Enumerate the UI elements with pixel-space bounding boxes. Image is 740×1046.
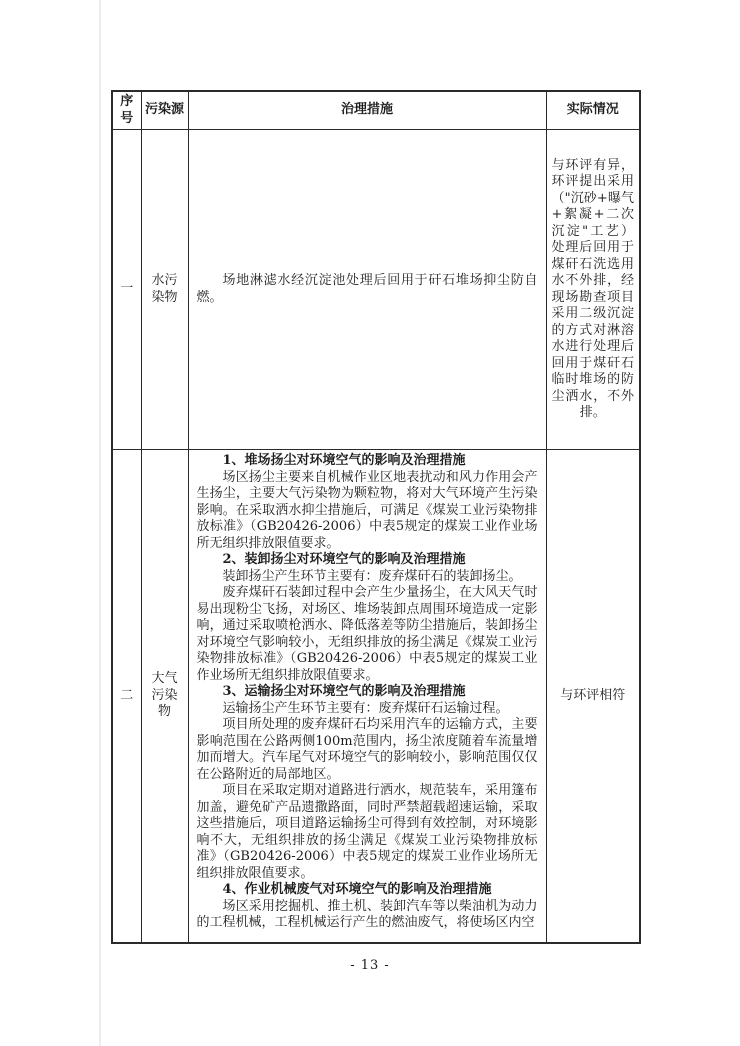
actual-situation-cell: 与环评有异，环评提出采用（"沉砂+曝气+絮凝+二次沉淀"工艺）处理后回用于煤矸石…: [546, 130, 640, 450]
column-header-serial-number: 序号: [112, 91, 141, 130]
treatment-measures-cell: 1、堆场扬尘对环境空气的影响及治理措施场区扬尘主要来自机械作业区地表扰动和风力作…: [188, 450, 546, 943]
measure-paragraph: 3、运输扬尘对环境空气的影响及治理措施: [197, 684, 538, 701]
row-index-cell: 二: [112, 450, 141, 943]
treatment-measures-cell: 场地淋滤水经沉淀池处理后回用于矸石堆场抑尘防自燃。: [188, 130, 546, 450]
header-row: 序号 污染源 治理措施 实际情况: [112, 91, 640, 130]
table-row-air-pollutants: 二 大气污染物 1、堆场扬尘对环境空气的影响及治理措施场区扬尘主要来自机械作业区…: [112, 450, 640, 943]
measure-paragraph: 场地淋滤水经沉淀池处理后回用于矸石堆场抑尘防自燃。: [197, 273, 538, 306]
column-header-pollution-source: 污染源: [141, 91, 188, 130]
row-index-cell: 一: [112, 130, 141, 450]
pollution-source-cell: 大气污染物: [141, 450, 188, 943]
scan-edge-artifact: [99, 0, 101, 1046]
table-row-water-pollutants: 一 水污染物 场地淋滤水经沉淀池处理后回用于矸石堆场抑尘防自燃。 与环评有异，环…: [112, 130, 640, 450]
measures-paragraphs: 场地淋滤水经沉淀池处理后回用于矸石堆场抑尘防自燃。: [197, 273, 538, 306]
measure-paragraph: 4、作业机械废气对环境空气的影响及治理措施: [197, 882, 538, 899]
page-number: - 13 -: [0, 958, 740, 973]
measure-paragraph: 装卸扬尘产生环节主要有：废弃煤矸石的装卸扬尘。: [197, 569, 538, 586]
measure-paragraph: 场区采用挖掘机、推土机、装卸汽车等以柴油机为动力的工程机械，工程机械运行产生的燃…: [197, 899, 538, 932]
actual-situation-cell: 与环评相符: [546, 450, 640, 943]
pollution-source-cell: 水污染物: [141, 130, 188, 450]
measure-paragraph: 项目在采取定期对道路进行洒水，规范装车，采用篷布加盖，避免矿产品遗撒路面，同时严…: [197, 783, 538, 882]
measure-paragraph: 废弃煤矸石装卸过程中会产生少量扬尘，在大风天气时易出现粉尘飞扬，对场区、堆场装卸…: [197, 585, 538, 684]
measure-paragraph: 2、装卸扬尘对环境空气的影响及治理措施: [197, 552, 538, 569]
measures-paragraphs: 1、堆场扬尘对环境空气的影响及治理措施场区扬尘主要来自机械作业区地表扰动和风力作…: [197, 453, 538, 932]
measure-paragraph: 1、堆场扬尘对环境空气的影响及治理措施: [197, 453, 538, 470]
treatment-measures-table: 序号 污染源 治理措施 实际情况 一 水污染物 场地淋滤水经沉淀池处理后回用于矸…: [111, 90, 641, 944]
measure-paragraph: 运输扬尘产生环节主要有：废弃煤矸石运输过程。: [197, 701, 538, 718]
measure-paragraph: 项目所处理的废弃煤矸石均采用汽车的运输方式，主要影响范围在公路两侧100m范围内…: [197, 717, 538, 783]
treatment-measures-table-container: 序号 污染源 治理措施 实际情况 一 水污染物 场地淋滤水经沉淀池处理后回用于矸…: [111, 90, 639, 944]
column-header-actual-situation: 实际情况: [546, 91, 640, 130]
measure-paragraph: 场区扬尘主要来自机械作业区地表扰动和风力作用会产生扬尘，主要大气污染物为颗粒物，…: [197, 470, 538, 553]
column-header-treatment-measures: 治理措施: [188, 91, 546, 130]
